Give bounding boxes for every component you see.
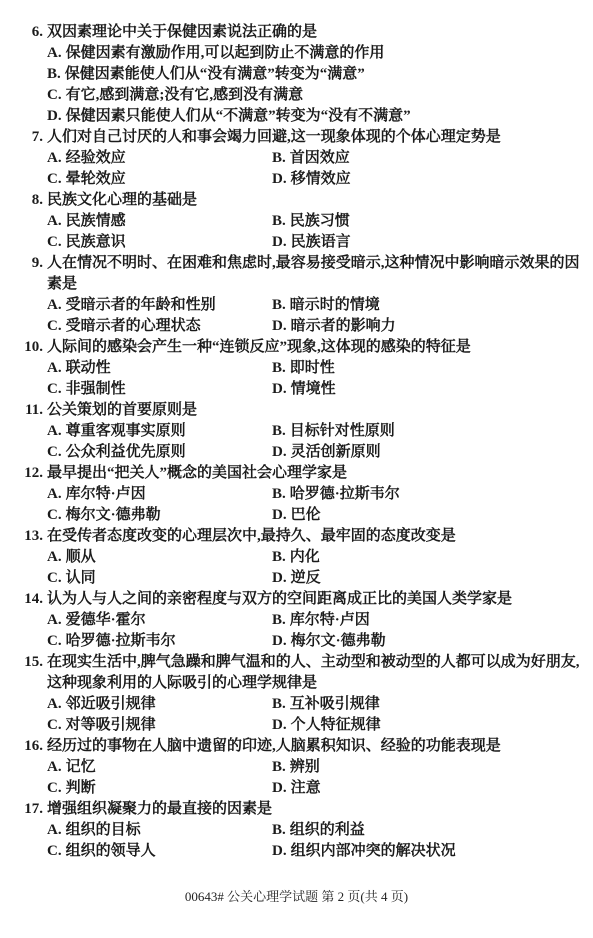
option-label: C.	[47, 570, 62, 586]
option: C.认同	[47, 568, 96, 589]
question-block: 15.在现实生活中,脾气急躁和脾气温和的人、主动型和被动型的人都可以成为好朋友,…	[18, 652, 581, 736]
option: D.情境性	[272, 379, 336, 400]
option-list: A.记忆B.辨别C.判断D.注意	[47, 757, 581, 799]
exam-paper-page: 6.双因素理论中关于保健因素说法正确的是A.保健因素有激励作用,可以起到防止不满…	[0, 0, 593, 938]
option-text: 组织的利益	[290, 822, 365, 838]
option: B.即时性	[272, 358, 335, 379]
question-stem: 人际间的感染会产生一种“连锁反应”现象,这体现的感染的特征是	[47, 337, 581, 358]
page-footer: 00643# 公关心理学试题 第 2 页(共 4 页)	[0, 886, 593, 905]
option-label: A.	[47, 486, 62, 502]
option-text: 爱德华·霍尔	[66, 612, 146, 628]
option-label: C.	[47, 507, 62, 523]
option-label: D.	[272, 633, 287, 649]
option-text: 哈罗德·拉斯韦尔	[290, 486, 400, 502]
option-list: A.联动性B.即时性C.非强制性D.情境性	[47, 358, 581, 400]
question-number: 6.	[18, 22, 43, 43]
option-text: 民族语言	[291, 234, 351, 250]
option-label: B.	[47, 66, 61, 82]
option-label: B.	[272, 549, 286, 565]
option: D.灵活创新原则	[272, 442, 381, 463]
question-stem: 民族文化心理的基础是	[47, 190, 581, 211]
question-stem: 在现实生活中,脾气急躁和脾气温和的人、主动型和被动型的人都可以成为好朋友,这种现…	[47, 652, 581, 694]
option-text: 民族习惯	[290, 213, 350, 229]
option-label: C.	[47, 444, 62, 460]
option-text: 组织的目标	[66, 822, 141, 838]
option-text: 民族情感	[66, 213, 126, 229]
option: D.注意	[272, 778, 321, 799]
option-label: A.	[47, 45, 62, 61]
option: A.邻近吸引规律	[47, 694, 156, 715]
option-label: B.	[272, 150, 286, 166]
question-stem: 在受传者态度改变的心理层次中,最持久、最牢固的态度改变是	[47, 526, 581, 547]
question-block: 8.民族文化心理的基础是A.民族情感B.民族习惯C.民族意识D.民族语言	[18, 190, 581, 253]
option-list: A.库尔特·卢因B.哈罗德·拉斯韦尔C.梅尔文·德弗勒D.巴伦	[47, 484, 581, 526]
option-text: 灵活创新原则	[291, 444, 381, 460]
option-label: D.	[47, 108, 62, 124]
question-stem-row: 11.公关策划的首要原则是	[18, 400, 581, 421]
option-list: A.组织的目标B.组织的利益C.组织的领导人D.组织内部冲突的解决状况	[47, 820, 581, 862]
option-label: C.	[47, 87, 62, 103]
question-block: 17.增强组织凝聚力的最直接的因素是A.组织的目标B.组织的利益C.组织的领导人…	[18, 799, 581, 862]
option: B.目标针对性原则	[272, 421, 395, 442]
option-label: B.	[272, 297, 286, 313]
option-text: 即时性	[290, 360, 335, 376]
question-number: 14.	[18, 589, 43, 610]
question-number: 12.	[18, 463, 43, 484]
option: C.公众利益优先原则	[47, 442, 186, 463]
option-text: 移情效应	[291, 171, 351, 187]
option-text: 记忆	[66, 759, 96, 775]
option: B.组织的利益	[272, 820, 365, 841]
option: C.民族意识	[47, 232, 126, 253]
option-label: A.	[47, 612, 62, 628]
option: B.保健因素能使人们从“没有满意”转变为“满意”	[47, 64, 581, 85]
option-list: A.经验效应B.首因效应C.晕轮效应D.移情效应	[47, 148, 581, 190]
option: A.组织的目标	[47, 820, 141, 841]
option: B.暗示时的情境	[272, 295, 380, 316]
question-stem-row: 10.人际间的感染会产生一种“连锁反应”现象,这体现的感染的特征是	[18, 337, 581, 358]
option: C.哈罗德·拉斯韦尔	[47, 631, 176, 652]
option-label: A.	[47, 423, 62, 439]
option-text: 判断	[66, 780, 96, 796]
option-text: 辨别	[290, 759, 320, 775]
option: D.巴伦	[272, 505, 321, 526]
option: D.民族语言	[272, 232, 351, 253]
option-label: A.	[47, 360, 62, 376]
option: C.受暗示者的心理状态	[47, 316, 201, 337]
option-list: A.邻近吸引规律B.互补吸引规律C.对等吸引规律D.个人特征规律	[47, 694, 581, 736]
option: D.保健因素只能使人们从“不满意”转变为“没有不满意”	[47, 106, 581, 127]
option: C.判断	[47, 778, 96, 799]
option-label: B.	[272, 612, 286, 628]
option: D.暗示者的影响力	[272, 316, 396, 337]
option: C.对等吸引规律	[47, 715, 156, 736]
option-text: 梅尔文·德弗勒	[66, 507, 161, 523]
option-label: A.	[47, 549, 62, 565]
question-block: 14.认为人与人之间的亲密程度与双方的空间距离成正比的美国人类学家是A.爱德华·…	[18, 589, 581, 652]
option-text: 保健因素只能使人们从“不满意”转变为“没有不满意”	[66, 108, 411, 124]
question-block: 11.公关策划的首要原则是A.尊重客观事实原则B.目标针对性原则C.公众利益优先…	[18, 400, 581, 463]
option-text: 邻近吸引规律	[66, 696, 156, 712]
option-label: A.	[47, 822, 62, 838]
question-number: 9.	[18, 253, 43, 295]
question-stem: 最早提出“把关人”概念的美国社会心理学家是	[47, 463, 581, 484]
question-stem: 公关策划的首要原则是	[47, 400, 581, 421]
option-text: 目标针对性原则	[290, 423, 395, 439]
question-stem-row: 17.增强组织凝聚力的最直接的因素是	[18, 799, 581, 820]
option-label: D.	[272, 717, 287, 733]
option-label: C.	[47, 633, 62, 649]
option-label: D.	[272, 843, 287, 859]
question-stem: 经历过的事物在人脑中遗留的印迹,人脑累积知识、经验的功能表现是	[47, 736, 581, 757]
option-text: 情境性	[291, 381, 336, 397]
option-label: D.	[272, 570, 287, 586]
question-number: 17.	[18, 799, 43, 820]
question-block: 10.人际间的感染会产生一种“连锁反应”现象,这体现的感染的特征是A.联动性B.…	[18, 337, 581, 400]
question-number: 11.	[18, 400, 43, 421]
option-label: C.	[47, 780, 62, 796]
option-label: D.	[272, 234, 287, 250]
question-stem-row: 13.在受传者态度改变的心理层次中,最持久、最牢固的态度改变是	[18, 526, 581, 547]
option: B.互补吸引规律	[272, 694, 380, 715]
option: D.个人特征规律	[272, 715, 381, 736]
option-text: 晕轮效应	[66, 171, 126, 187]
option-label: D.	[272, 780, 287, 796]
question-number: 15.	[18, 652, 43, 694]
option-text: 暗示者的影响力	[291, 318, 396, 334]
option-text: 公众利益优先原则	[66, 444, 186, 460]
option-text: 巴伦	[291, 507, 321, 523]
option: A.库尔特·卢因	[47, 484, 146, 505]
option: A.联动性	[47, 358, 111, 379]
option: A.爱德华·霍尔	[47, 610, 146, 631]
option-list: A.尊重客观事实原则B.目标针对性原则C.公众利益优先原则D.灵活创新原则	[47, 421, 581, 463]
option: C.梅尔文·德弗勒	[47, 505, 161, 526]
option-text: 联动性	[66, 360, 111, 376]
option-list: A.受暗示者的年龄和性别B.暗示时的情境C.受暗示者的心理状态D.暗示者的影响力	[47, 295, 581, 337]
option-label: B.	[272, 822, 286, 838]
option-text: 个人特征规律	[291, 717, 381, 733]
question-stem-row: 15.在现实生活中,脾气急躁和脾气温和的人、主动型和被动型的人都可以成为好朋友,…	[18, 652, 581, 694]
option-label: B.	[272, 423, 286, 439]
question-block: 16.经历过的事物在人脑中遗留的印迹,人脑累积知识、经验的功能表现是A.记忆B.…	[18, 736, 581, 799]
question-block: 7.人们对自己讨厌的人和事会竭力回避,这一现象体现的个体心理定势是A.经验效应B…	[18, 127, 581, 190]
question-stem-row: 7.人们对自己讨厌的人和事会竭力回避,这一现象体现的个体心理定势是	[18, 127, 581, 148]
option: C.晕轮效应	[47, 169, 126, 190]
option-text: 非强制性	[66, 381, 126, 397]
question-number: 13.	[18, 526, 43, 547]
option-label: A.	[47, 297, 62, 313]
option-label: A.	[47, 696, 62, 712]
footer-text: 00643# 公关心理学试题 第 2 页(共 4 页)	[185, 889, 408, 904]
option-text: 对等吸引规律	[66, 717, 156, 733]
option-label: B.	[272, 759, 286, 775]
question-stem-row: 12.最早提出“把关人”概念的美国社会心理学家是	[18, 463, 581, 484]
option-label: D.	[272, 444, 287, 460]
option-text: 经验效应	[66, 150, 126, 166]
question-stem: 人在情况不明时、在困难和焦虑时,最容易接受暗示,这种情况中影响暗示效果的因素是	[47, 253, 581, 295]
option-text: 受暗示者的年龄和性别	[66, 297, 216, 313]
option-text: 暗示时的情境	[290, 297, 380, 313]
option-label: A.	[47, 759, 62, 775]
option-label: B.	[272, 486, 286, 502]
option-label: C.	[47, 843, 62, 859]
option-label: C.	[47, 381, 62, 397]
option: A.保健因素有激励作用,可以起到防止不满意的作用	[47, 43, 581, 64]
option: B.首因效应	[272, 148, 350, 169]
option: A.记忆	[47, 757, 96, 778]
option-text: 哈罗德·拉斯韦尔	[66, 633, 176, 649]
question-stem: 人们对自己讨厌的人和事会竭力回避,这一现象体现的个体心理定势是	[47, 127, 581, 148]
option-text: 尊重客观事实原则	[66, 423, 186, 439]
question-block: 13.在受传者态度改变的心理层次中,最持久、最牢固的态度改变是A.顺从B.内化C…	[18, 526, 581, 589]
option: D.逆反	[272, 568, 321, 589]
option: A.经验效应	[47, 148, 126, 169]
option: D.梅尔文·德弗勒	[272, 631, 386, 652]
option-label: B.	[272, 696, 286, 712]
option: A.受暗示者的年龄和性别	[47, 295, 216, 316]
option-text: 受暗示者的心理状态	[66, 318, 201, 334]
option: D.组织内部冲突的解决状况	[272, 841, 456, 862]
option: C.非强制性	[47, 379, 126, 400]
question-block: 6.双因素理论中关于保健因素说法正确的是A.保健因素有激励作用,可以起到防止不满…	[18, 22, 581, 127]
option-text: 有它,感到满意;没有它,感到没有满意	[66, 87, 304, 103]
question-number: 7.	[18, 127, 43, 148]
question-stem-row: 6.双因素理论中关于保健因素说法正确的是	[18, 22, 581, 43]
option: C.有它,感到满意;没有它,感到没有满意	[47, 85, 581, 106]
question-stem-row: 9.人在情况不明时、在困难和焦虑时,最容易接受暗示,这种情况中影响暗示效果的因素…	[18, 253, 581, 295]
option-label: A.	[47, 213, 62, 229]
option-label: A.	[47, 150, 62, 166]
option-text: 注意	[291, 780, 321, 796]
option-text: 首因效应	[290, 150, 350, 166]
option-text: 互补吸引规律	[290, 696, 380, 712]
option-label: D.	[272, 171, 287, 187]
option-text: 组织内部冲突的解决状况	[291, 843, 456, 859]
option-label: C.	[47, 318, 62, 334]
option: C.组织的领导人	[47, 841, 156, 862]
option-label: C.	[47, 234, 62, 250]
question-block: 12.最早提出“把关人”概念的美国社会心理学家是A.库尔特·卢因B.哈罗德·拉斯…	[18, 463, 581, 526]
option-text: 库尔特·卢因	[290, 612, 370, 628]
option-text: 保健因素能使人们从“没有满意”转变为“满意”	[65, 66, 365, 82]
option-text: 顺从	[66, 549, 96, 565]
option-label: B.	[272, 213, 286, 229]
option-label: C.	[47, 717, 62, 733]
option-text: 库尔特·卢因	[66, 486, 146, 502]
question-stem-row: 14.认为人与人之间的亲密程度与双方的空间距离成正比的美国人类学家是	[18, 589, 581, 610]
option: B.民族习惯	[272, 211, 350, 232]
option: A.尊重客观事实原则	[47, 421, 186, 442]
option-list: A.爱德华·霍尔B.库尔特·卢因C.哈罗德·拉斯韦尔D.梅尔文·德弗勒	[47, 610, 581, 652]
option: A.顺从	[47, 547, 96, 568]
option-text: 梅尔文·德弗勒	[291, 633, 386, 649]
option: A.民族情感	[47, 211, 126, 232]
option: B.内化	[272, 547, 320, 568]
option-text: 认同	[66, 570, 96, 586]
option-list: A.顺从B.内化C.认同D.逆反	[47, 547, 581, 589]
option: B.辨别	[272, 757, 320, 778]
option: D.移情效应	[272, 169, 351, 190]
option-label: C.	[47, 171, 62, 187]
question-block: 9.人在情况不明时、在困难和焦虑时,最容易接受暗示,这种情况中影响暗示效果的因素…	[18, 253, 581, 337]
option-list: A.民族情感B.民族习惯C.民族意识D.民族语言	[47, 211, 581, 253]
option: B.库尔特·卢因	[272, 610, 370, 631]
option-label: B.	[272, 360, 286, 376]
option-text: 内化	[290, 549, 320, 565]
question-stem-row: 16.经历过的事物在人脑中遗留的印迹,人脑累积知识、经验的功能表现是	[18, 736, 581, 757]
question-number: 10.	[18, 337, 43, 358]
option-label: D.	[272, 318, 287, 334]
question-number: 16.	[18, 736, 43, 757]
option-label: D.	[272, 381, 287, 397]
option-text: 逆反	[291, 570, 321, 586]
option-list: A.保健因素有激励作用,可以起到防止不满意的作用B.保健因素能使人们从“没有满意…	[47, 43, 581, 127]
option-label: D.	[272, 507, 287, 523]
option: B.哈罗德·拉斯韦尔	[272, 484, 400, 505]
option-text: 组织的领导人	[66, 843, 156, 859]
question-stem: 增强组织凝聚力的最直接的因素是	[47, 799, 581, 820]
option-text: 民族意识	[66, 234, 126, 250]
question-number: 8.	[18, 190, 43, 211]
question-stem-row: 8.民族文化心理的基础是	[18, 190, 581, 211]
option-text: 保健因素有激励作用,可以起到防止不满意的作用	[66, 45, 385, 61]
question-stem: 双因素理论中关于保健因素说法正确的是	[47, 22, 581, 43]
question-stem: 认为人与人之间的亲密程度与双方的空间距离成正比的美国人类学家是	[47, 589, 581, 610]
question-list: 6.双因素理论中关于保健因素说法正确的是A.保健因素有激励作用,可以起到防止不满…	[0, 0, 593, 862]
